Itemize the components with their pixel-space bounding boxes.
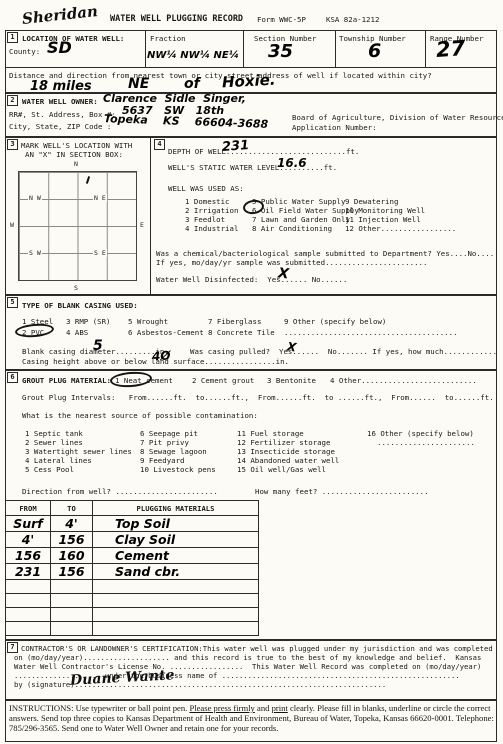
fraction-label: Fraction bbox=[150, 34, 186, 43]
column-header-materials: PLUGGING MATERIALS bbox=[93, 501, 259, 516]
distance-value-part4: Hoxie. bbox=[222, 73, 276, 91]
table-row: 156 160 Cement bbox=[6, 548, 259, 564]
divider bbox=[5, 67, 497, 68]
form-number: Form WWC-5P bbox=[257, 15, 306, 24]
used-as-option: 10 Monitoring Well bbox=[345, 206, 425, 215]
cell-to: 156 bbox=[51, 564, 93, 580]
ksa-statute: KSA 82a-1212 bbox=[326, 15, 379, 24]
casing-option: 9 Other (specify below) bbox=[284, 317, 386, 326]
cell-from: 4' bbox=[6, 532, 51, 548]
table-row bbox=[6, 622, 259, 636]
section3-number: 3 bbox=[7, 139, 18, 150]
divider bbox=[243, 30, 244, 67]
contamination-option: 7 Pit privy bbox=[140, 438, 189, 447]
used-as-option: 11 Injection Well bbox=[345, 215, 421, 224]
casing-diameter-value: 5 bbox=[93, 339, 103, 353]
cell-material: Sand cbr. bbox=[93, 564, 259, 580]
compass-north-label: N bbox=[73, 160, 79, 168]
grid-se-label: S E bbox=[93, 249, 107, 257]
distance-value-part1: 18 miles bbox=[30, 80, 92, 93]
static-water-level-value: 16.6 bbox=[277, 157, 307, 169]
section1-number: 1 bbox=[7, 32, 18, 43]
contamination-option: 15 Oil well/Gas well bbox=[237, 465, 326, 474]
distance-value-part3: of bbox=[184, 77, 200, 91]
grid-ne-label: N E bbox=[93, 194, 107, 202]
used-as-option: 12 Other................. bbox=[345, 224, 456, 233]
contamination-option: 9 Feedyard bbox=[140, 456, 185, 465]
section6-number: 6 bbox=[7, 372, 18, 383]
cell-material bbox=[93, 594, 259, 608]
county-value: SD bbox=[47, 40, 72, 56]
sample-question-line2: If yes, mo/day/yr sample was submitted..… bbox=[156, 258, 427, 267]
contamination-option: 3 Watertight sewer lines bbox=[25, 447, 132, 456]
application-number-label: Application Number: bbox=[292, 123, 377, 132]
casing-option: 4 ABS bbox=[66, 328, 88, 337]
contamination-option: 14 Abandoned water well bbox=[237, 456, 339, 465]
used-as-option: 2 Irrigation bbox=[185, 206, 238, 215]
county-label: County: bbox=[9, 47, 40, 56]
divider bbox=[150, 137, 151, 295]
section3-label-line2: AN "X" IN SECTION BOX: bbox=[25, 150, 123, 159]
certification-line3: Water Well Contractor's License No. ....… bbox=[14, 662, 481, 671]
contamination-option: 13 Insecticide storage bbox=[237, 447, 335, 456]
grout-option: 4 Other.......................... bbox=[330, 376, 477, 385]
used-as-option: 5 Public Water Supply bbox=[252, 197, 345, 206]
cell-to: 4' bbox=[51, 516, 93, 532]
instructions-underline2: print bbox=[272, 703, 288, 713]
certification-line1: CONTRACTOR'S OR LANDOWNER'S CERTIFICATIO… bbox=[21, 644, 493, 653]
table-row bbox=[6, 594, 259, 608]
grout-intervals-line: Grout Plug Intervals: From......ft. to..… bbox=[22, 393, 494, 402]
divider bbox=[335, 30, 336, 67]
cell-from: 231 bbox=[6, 564, 51, 580]
compass-south-label: S bbox=[73, 284, 79, 292]
cell-to: 160 bbox=[51, 548, 93, 564]
static-water-level-line: WELL'S STATIC WATER LEVEL..........ft. bbox=[168, 163, 337, 172]
instructions-part2: and bbox=[255, 703, 272, 713]
table-row: 4' 156 Clay Soil bbox=[6, 532, 259, 548]
section-number-value: 35 bbox=[268, 43, 293, 61]
contamination-option-other: 16 Other (specify below) bbox=[367, 429, 474, 438]
section1-label: LOCATION OF WATER WELL: bbox=[22, 34, 124, 43]
grout-material-label: GROUT PLUG MATERIAL: bbox=[22, 376, 111, 385]
section7-number: 7 bbox=[7, 642, 18, 653]
casing-option: 3 RMP (SR) bbox=[66, 317, 111, 326]
table-row bbox=[6, 580, 259, 594]
compass-east-label: E bbox=[139, 221, 145, 229]
casing-option: 6 Asbestos-Cement bbox=[128, 328, 204, 337]
table-row: 231 156 Sand cbr. bbox=[6, 564, 259, 580]
contamination-option: 12 Fertilizer storage bbox=[237, 438, 330, 447]
used-as-option: 9 Dewatering bbox=[345, 197, 398, 206]
handwritten-county-note: Sheridan bbox=[21, 4, 98, 27]
cell-to bbox=[51, 608, 93, 622]
grid-nw-label: N W bbox=[28, 194, 42, 202]
cell-to bbox=[51, 622, 93, 636]
casing-height-value: 4Ø bbox=[152, 350, 171, 363]
cell-from bbox=[6, 608, 51, 622]
contamination-option: 10 Livestock pens bbox=[140, 465, 216, 474]
cell-from: 156 bbox=[6, 548, 51, 564]
casing-title: TYPE OF BLANK CASING USED: bbox=[22, 301, 138, 310]
board-label: Board of Agriculture, Division of Water … bbox=[292, 113, 503, 122]
cell-material bbox=[93, 608, 259, 622]
cell-from bbox=[6, 594, 51, 608]
casing-pulled-line: Was casing pulled? Yes...... No....... I… bbox=[190, 347, 497, 356]
used-as-option: 7 Lawn and Garden Only bbox=[252, 215, 350, 224]
used-as-option: 6 Oil Field Water Supply bbox=[252, 206, 359, 215]
cell-material: Clay Soil bbox=[93, 532, 259, 548]
section4-number: 4 bbox=[154, 139, 165, 150]
casing-option: 8 Concrete Tile bbox=[208, 328, 275, 337]
plugging-materials-table: FROM TO PLUGGING MATERIALS Surf 4' Top S… bbox=[5, 500, 259, 636]
divider bbox=[425, 30, 426, 67]
compass-west-label: W bbox=[9, 221, 15, 229]
casing-other-dots: ....................................... bbox=[284, 328, 458, 337]
how-many-feet-question: How many feet? ........................ bbox=[255, 487, 429, 496]
certification-line2: on (mo/day/year).................... and… bbox=[14, 653, 481, 662]
section5-number: 5 bbox=[7, 297, 18, 308]
distance-value-part2: NE bbox=[128, 77, 149, 91]
contamination-option: 4 Lateral lines bbox=[25, 456, 92, 465]
instructions-underline1: Please press firmly bbox=[189, 703, 254, 713]
table-header-row: FROM TO PLUGGING MATERIALS bbox=[6, 501, 259, 516]
used-as-option: 3 Feedlot bbox=[185, 215, 225, 224]
cell-to bbox=[51, 580, 93, 594]
grout-option: 2 Cement grout bbox=[192, 376, 254, 385]
instructions-text: INSTRUCTIONS: Use typewriter or ball poi… bbox=[9, 703, 495, 733]
depth-of-well-line: DEPTH OF WELL...........................… bbox=[168, 147, 359, 156]
water-well-plugging-record-form: Sheridan WATER WELL PLUGGING RECORD Form… bbox=[0, 0, 503, 744]
city-state-zip-label: City, State, ZIP Code : bbox=[9, 122, 111, 131]
cell-material bbox=[93, 580, 259, 594]
contamination-option: 1 Septic tank bbox=[25, 429, 83, 438]
used-as-option: 8 Air Conditioning bbox=[252, 224, 332, 233]
cell-from bbox=[6, 622, 51, 636]
divider bbox=[145, 30, 146, 67]
contamination-other-dots: ...................... bbox=[377, 438, 475, 447]
disinfected-yes-x-mark: X bbox=[277, 266, 289, 281]
cell-to bbox=[51, 594, 93, 608]
contamination-option: 11 Fuel storage bbox=[237, 429, 304, 438]
owner-value: Clarence Sidle Singer, bbox=[103, 93, 246, 104]
cell-from bbox=[6, 580, 51, 594]
cell-material: Cement bbox=[93, 548, 259, 564]
owner-label: WATER WELL OWNER: bbox=[22, 97, 98, 106]
cell-from: Surf bbox=[6, 516, 51, 532]
cell-material bbox=[93, 622, 259, 636]
section2-number: 2 bbox=[7, 95, 18, 106]
table-row: Surf 4' Top Soil bbox=[6, 516, 259, 532]
instructions-part1: INSTRUCTIONS: Use typewriter or ball poi… bbox=[9, 703, 189, 713]
contamination-question: What is the nearest source of possible c… bbox=[22, 411, 258, 420]
sample-question-line1: Was a chemical/bacteriological sample su… bbox=[156, 249, 494, 258]
contamination-option: 5 Cess Pool bbox=[25, 465, 74, 474]
cell-to: 156 bbox=[51, 532, 93, 548]
contamination-option: 8 Sewage lagoon bbox=[140, 447, 207, 456]
contamination-option: 2 Sewer lines bbox=[25, 438, 83, 447]
cell-material: Top Soil bbox=[93, 516, 259, 532]
casing-option: 5 Wrought bbox=[128, 317, 168, 326]
direction-from-well-question: Direction from well? ...................… bbox=[22, 487, 218, 496]
casing-pulled-no-x-mark: X bbox=[286, 340, 297, 353]
grid-sw-label: S W bbox=[28, 249, 42, 257]
table-row bbox=[6, 608, 259, 622]
form-title: WATER WELL PLUGGING RECORD bbox=[110, 14, 243, 24]
section-location-grid bbox=[18, 171, 137, 281]
depth-of-well-value: 231 bbox=[222, 139, 250, 154]
grout-option: 3 Bentonite bbox=[267, 376, 316, 385]
column-header-from: FROM bbox=[6, 501, 51, 516]
well-used-as-title: WELL WAS USED AS: bbox=[168, 184, 244, 193]
column-header-to: TO bbox=[51, 501, 93, 516]
used-as-option: 1 Domestic bbox=[185, 197, 230, 206]
casing-option: 7 Fiberglass bbox=[208, 317, 261, 326]
section3-label-line1: MARK WELL'S LOCATION WITH bbox=[21, 141, 132, 150]
range-number-value: 27 bbox=[435, 38, 466, 61]
used-as-option: 4 Industrial bbox=[185, 224, 238, 233]
contamination-option: 6 Seepage pit bbox=[140, 429, 198, 438]
fraction-value: NW¼ NW¼ NE¼ bbox=[147, 51, 239, 61]
disinfected-line: Water Well Disinfected: Yes...... No....… bbox=[156, 275, 347, 284]
address-label: RR#, St. Address, Box #: bbox=[9, 110, 116, 119]
township-number-value: 6 bbox=[368, 42, 381, 61]
